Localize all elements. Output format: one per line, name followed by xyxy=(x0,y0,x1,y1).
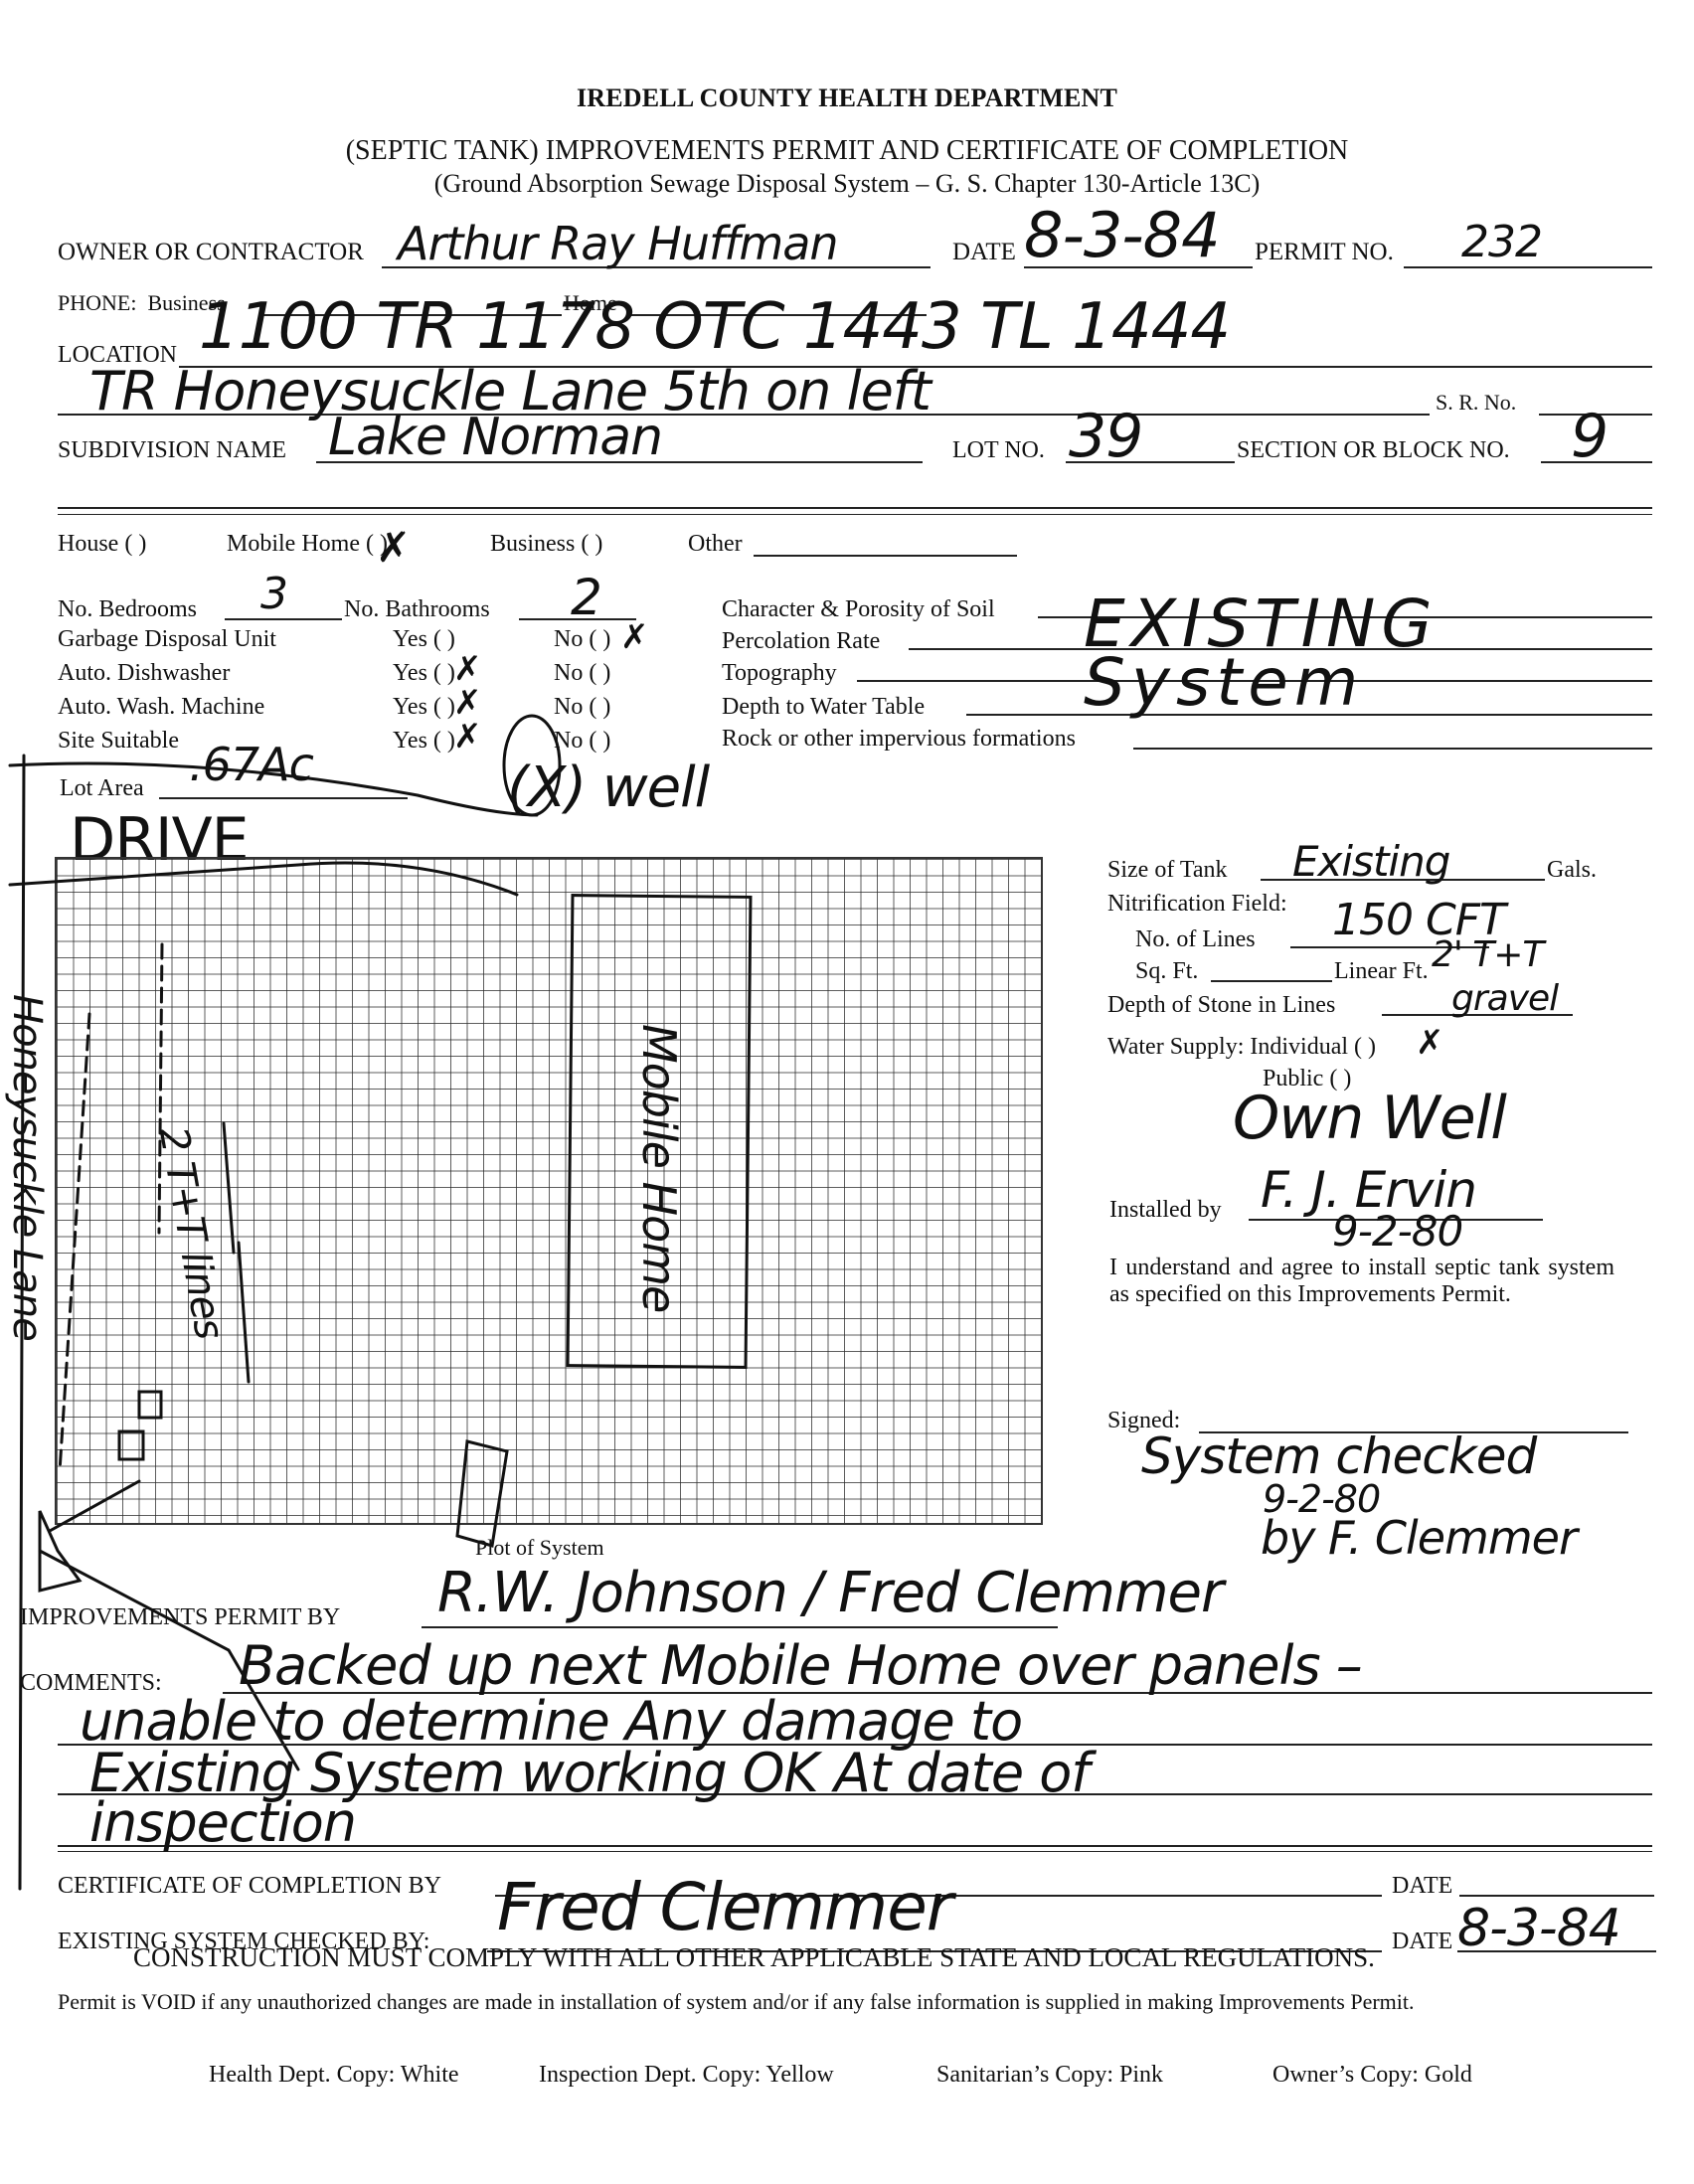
installed-date-value: 9-2-80 xyxy=(1332,1207,1462,1256)
permit-no-label: PERMIT NO. xyxy=(1255,239,1394,266)
mobile-home-checkbox[interactable]: Mobile Home ( ) xyxy=(227,531,388,558)
subdivision-label: SUBDIVISION NAME xyxy=(58,437,286,464)
garbage-disposal-yes[interactable]: Yes ( ) xyxy=(393,626,455,653)
section-divider-top xyxy=(58,507,1652,509)
lot-no-value[interactable]: 39 xyxy=(1069,402,1142,471)
rock-formations-label: Rock or other impervious formations xyxy=(722,726,1076,753)
linear-ft-label: Linear Ft. xyxy=(1334,958,1429,985)
copy-owner: Owner’s Copy: Gold xyxy=(1272,2062,1472,2089)
road-plot-label: Honeysuckle Lane xyxy=(4,994,50,1341)
garbage-disposal-no-mark: ✗ xyxy=(620,620,649,654)
comment-text-1[interactable]: Backed up next Mobile Home over panels – xyxy=(239,1634,1362,1697)
gals-label: Gals. xyxy=(1547,857,1597,884)
water-supply-individual[interactable]: Water Supply: Individual ( ) xyxy=(1107,1034,1376,1061)
improvements-permit-line xyxy=(422,1626,1058,1628)
section-block-label: SECTION OR BLOCK NO. xyxy=(1237,437,1510,464)
water-supply-note: Own Well xyxy=(1233,1084,1506,1153)
sr-no-label: S. R. No. xyxy=(1436,390,1516,416)
department-title: IREDELL COUNTY HEALTH DEPARTMENT xyxy=(0,84,1694,113)
copy-health: Health Dept. Copy: White xyxy=(209,2062,459,2089)
no-of-lines-label: No. of Lines xyxy=(1135,926,1256,953)
dishwasher-yes[interactable]: Yes ( ) xyxy=(393,660,455,687)
percolation-label: Percolation Rate xyxy=(722,628,880,655)
stone-depth-value[interactable]: gravel xyxy=(1451,978,1558,1019)
date-label: DATE xyxy=(952,239,1016,266)
dishwasher-no[interactable]: No ( ) xyxy=(554,660,610,687)
lot-area-label: Lot Area xyxy=(60,775,144,802)
site-suitable-no[interactable]: No ( ) xyxy=(554,728,610,755)
existing-check-value[interactable]: Fred Clemmer xyxy=(497,1869,952,1945)
mobile-home-check-mark: ✗ xyxy=(376,527,411,569)
nitrification-field-label: Nitrification Field: xyxy=(1107,891,1287,918)
well-note: (X) well xyxy=(507,756,709,820)
existing-check-date-value[interactable]: 8-3-84 xyxy=(1457,1899,1620,1958)
garbage-disposal-label: Garbage Disposal Unit xyxy=(58,626,276,653)
garbage-disposal-no[interactable]: No ( ) xyxy=(554,626,610,653)
certificate-date-label: DATE xyxy=(1392,1873,1452,1900)
comment-text-4[interactable]: inspection xyxy=(89,1791,356,1854)
sq-ft-line[interactable] xyxy=(1211,980,1332,982)
house-checkbox[interactable]: House ( ) xyxy=(58,531,146,558)
soil-handwritten-note: EXISTING System xyxy=(1084,594,1640,713)
water-individual-mark: ✗ xyxy=(1416,1026,1444,1060)
site-suitable-yes[interactable]: Yes ( ) xyxy=(393,728,455,755)
form-title: (SEPTIC TANK) IMPROVEMENTS PERMIT AND CE… xyxy=(0,135,1694,167)
water-table-label: Depth to Water Table xyxy=(722,694,925,721)
dishwasher-yes-mark: ✗ xyxy=(453,652,482,686)
form-subtitle: (Ground Absorption Sewage Disposal Syste… xyxy=(0,169,1694,199)
bedrooms-value[interactable]: 3 xyxy=(260,569,287,619)
plot-of-system-label: Plot of System xyxy=(475,1535,604,1561)
regulations-notice: CONSTRUCTION MUST COMPLY WITH ALL OTHER … xyxy=(133,1942,1375,1973)
stone-depth-label: Depth of Stone in Lines xyxy=(1107,992,1335,1019)
lot-no-label: LOT NO. xyxy=(952,437,1045,464)
lot-area-value[interactable]: .67Ac xyxy=(189,738,313,791)
date-value[interactable]: 8-3-84 xyxy=(1024,199,1220,271)
rock-formations-line[interactable] xyxy=(1133,748,1652,750)
lot-area-line xyxy=(159,797,408,799)
tank-size-label: Size of Tank xyxy=(1107,857,1228,884)
void-notice: Permit is VOID if any unauthorized chang… xyxy=(58,1988,1529,2015)
bathrooms-value[interactable]: 2 xyxy=(571,569,601,626)
existing-check-date-label: DATE xyxy=(1392,1929,1452,1955)
section-block-value[interactable]: 9 xyxy=(1571,402,1608,471)
installer-agreement: I understand and agree to install septic… xyxy=(1109,1255,1614,1308)
mobile-home-plot-label: Mobile Home xyxy=(632,1024,686,1312)
owner-value[interactable]: Arthur Ray Huffman xyxy=(398,217,838,270)
wash-machine-no[interactable]: No ( ) xyxy=(554,694,610,721)
topography-label: Topography xyxy=(722,660,837,687)
linear-ft-value[interactable]: 2' T+T xyxy=(1432,934,1543,975)
other-label: Other xyxy=(688,531,743,558)
improvements-permit-label: IMPROVEMENTS PERMIT BY xyxy=(20,1604,340,1631)
permit-no-value[interactable]: 232 xyxy=(1461,217,1542,267)
signed-note-3: by F. Clemmer xyxy=(1261,1511,1577,1565)
bedrooms-label: No. Bedrooms xyxy=(58,596,197,623)
sq-ft-label: Sq. Ft. xyxy=(1135,958,1198,985)
soil-porosity-label: Character & Porosity of Soil xyxy=(722,596,995,623)
tank-size-value[interactable]: Existing xyxy=(1292,837,1449,886)
dishwasher-label: Auto. Dishwasher xyxy=(58,660,230,687)
site-suitable-label: Site Suitable xyxy=(58,728,179,755)
wash-machine-yes[interactable]: Yes ( ) xyxy=(393,694,455,721)
business-checkbox[interactable]: Business ( ) xyxy=(490,531,602,558)
improvements-permit-value[interactable]: R.W. Johnson / Fred Clemmer xyxy=(437,1561,1223,1625)
subdivision-value[interactable]: Lake Norman xyxy=(328,408,662,467)
site-suitable-yes-mark: ✗ xyxy=(453,720,482,754)
certificate-label: CERTIFICATE OF COMPLETION BY xyxy=(58,1873,441,1900)
installed-by-label: Installed by xyxy=(1109,1197,1222,1224)
location-value-1[interactable]: 1100 TR 1178 OTC 1443 TL 1444 xyxy=(199,290,1230,364)
owner-label: OWNER OR CONTRACTOR xyxy=(58,239,364,266)
copy-inspection: Inspection Dept. Copy: Yellow xyxy=(539,2062,834,2089)
other-line[interactable] xyxy=(754,555,1017,557)
wash-machine-yes-mark: ✗ xyxy=(453,686,482,720)
certificate-date-line[interactable] xyxy=(1459,1895,1654,1897)
wash-machine-label: Auto. Wash. Machine xyxy=(58,694,264,721)
bathrooms-label: No. Bathrooms xyxy=(344,596,490,623)
copy-sanitarian: Sanitarian’s Copy: Pink xyxy=(936,2062,1163,2089)
section-divider-bottom xyxy=(58,514,1652,515)
